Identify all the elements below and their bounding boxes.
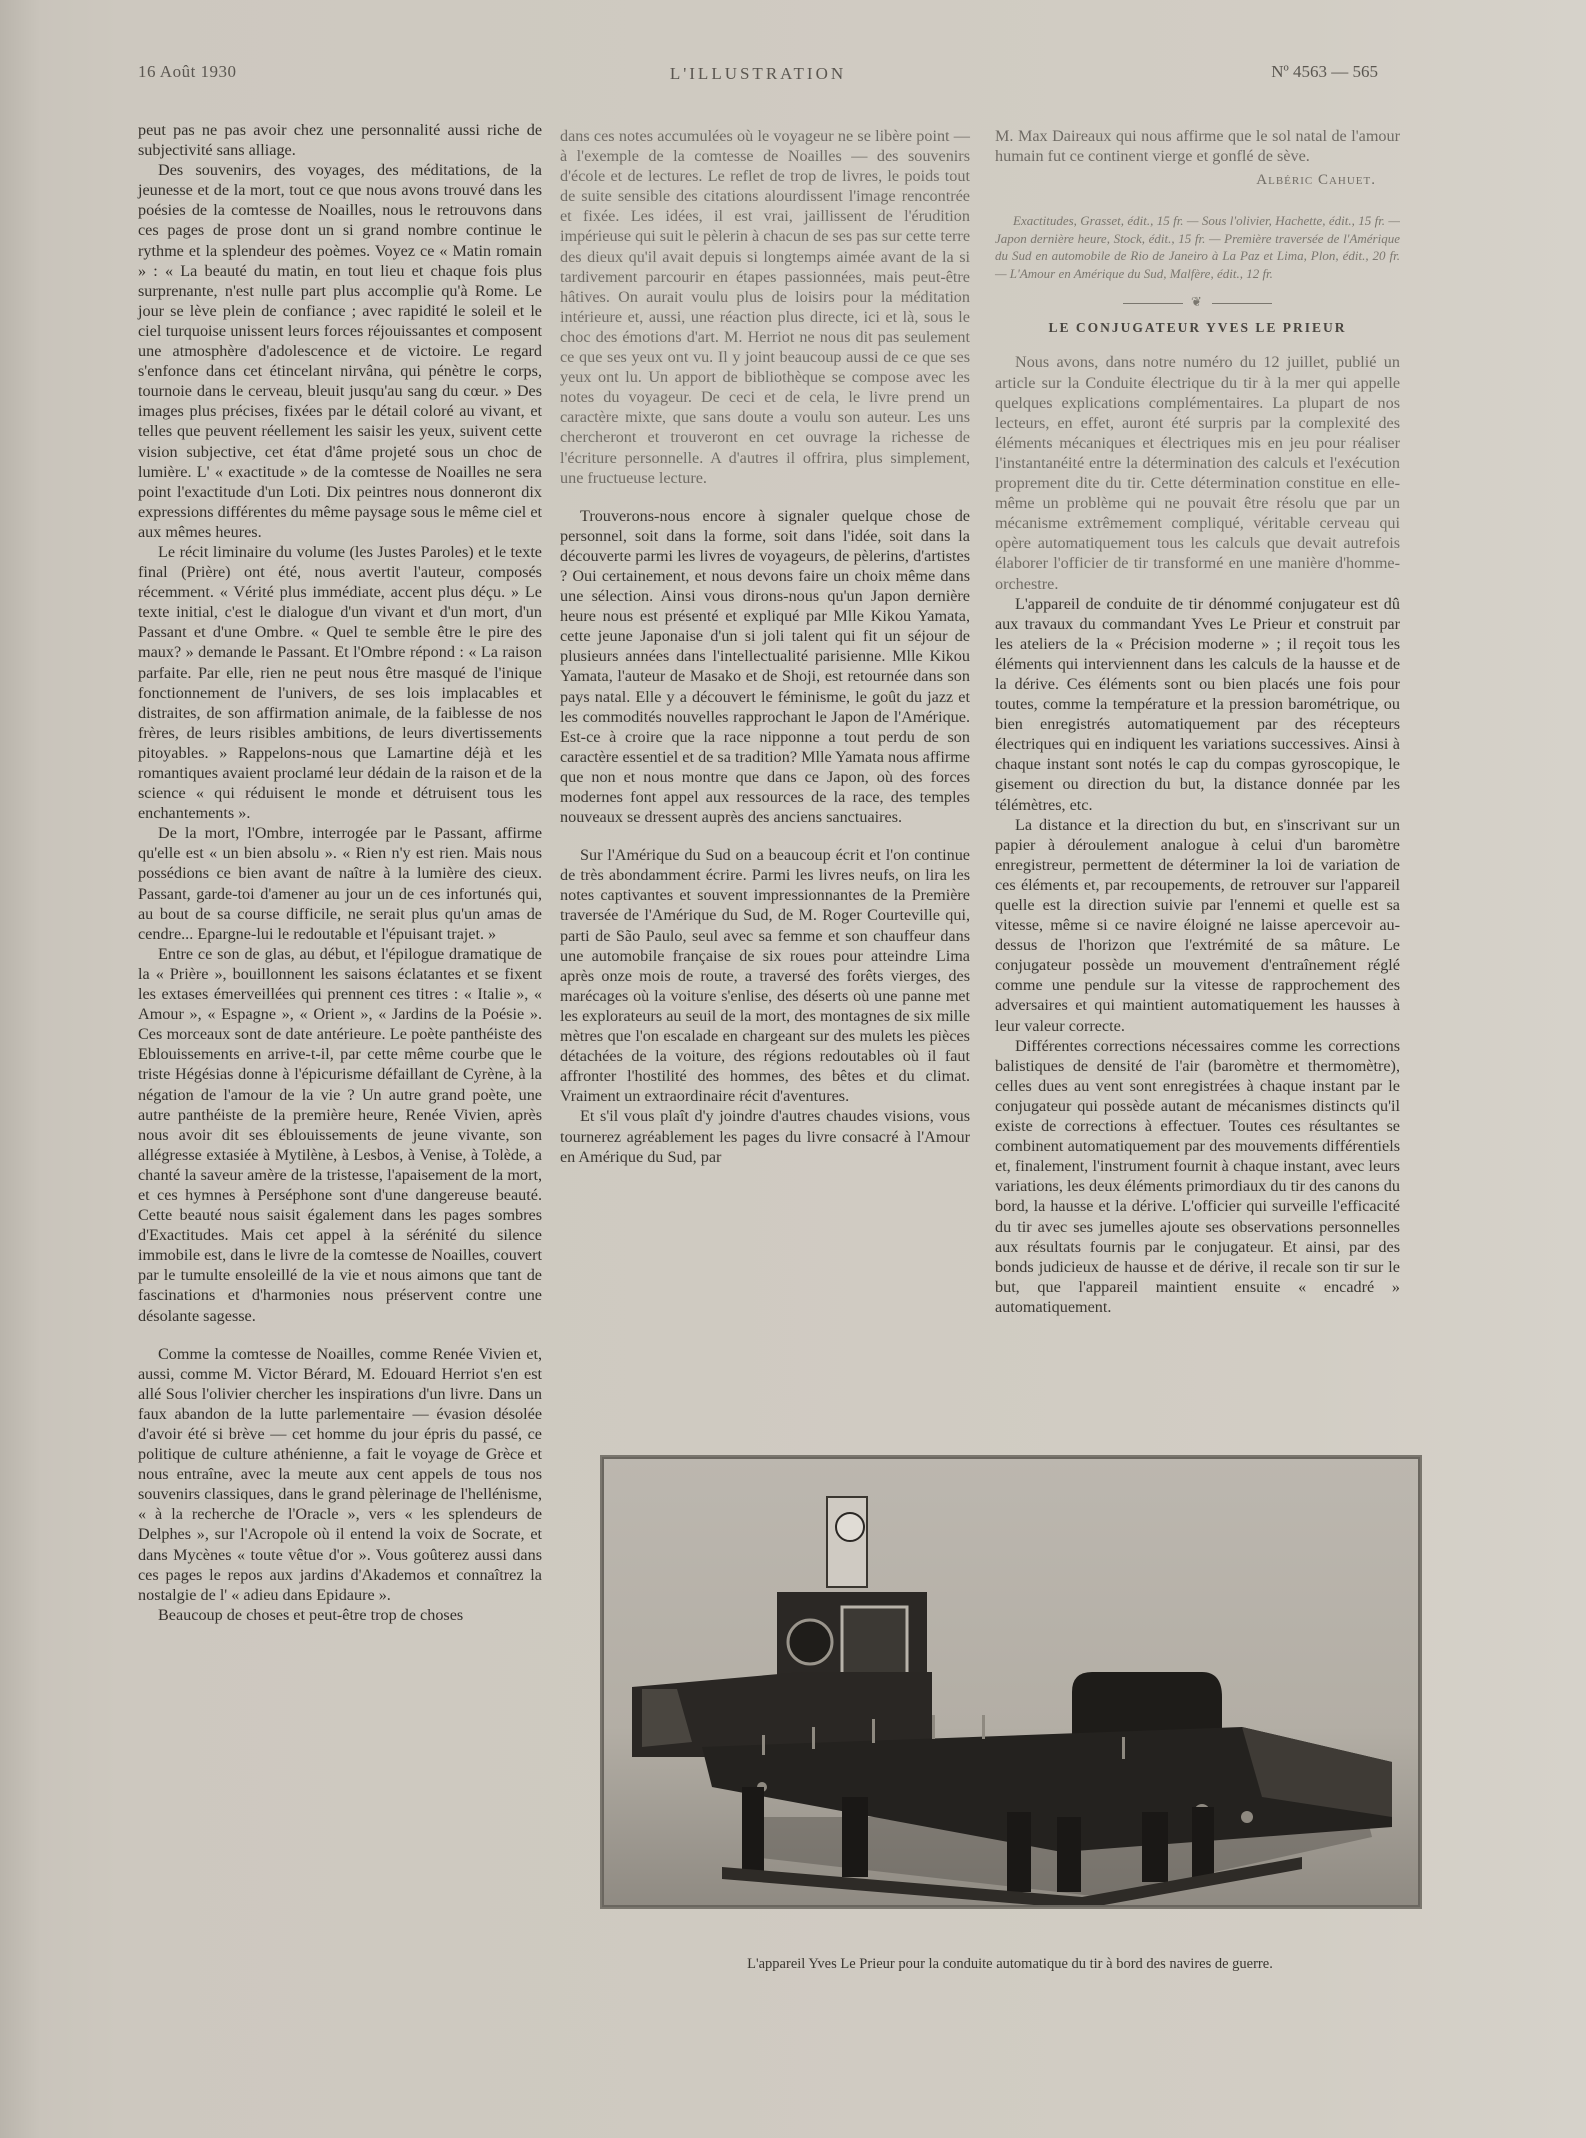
paragraph: Des souvenirs, des voyages, des méditati… — [138, 160, 542, 542]
publication-title: L'ILLUSTRATION — [138, 64, 1378, 84]
conjugator-machine-illustration — [602, 1457, 1420, 1907]
divider-rule — [1212, 303, 1272, 304]
divider-rule — [1123, 303, 1183, 304]
running-head: 16 Août 1930 L'ILLUSTRATION Nº 4563 — 56… — [138, 62, 1378, 92]
paragraph: dans ces notes accumulées où le voyageur… — [560, 126, 970, 488]
text-column-3: M. Max Daireaux qui nous affirme que le … — [995, 126, 1400, 1317]
section-title: LE CONJUGATEUR YVES LE PRIEUR — [995, 318, 1400, 338]
paragraph: peut pas ne pas avoir chez une personnal… — [138, 120, 542, 160]
page-number: Nº 4563 — 565 — [1271, 62, 1378, 82]
text-column-1: peut pas ne pas avoir chez une personnal… — [138, 120, 542, 1625]
paragraph: Nous avons, dans notre numéro du 12 juil… — [995, 352, 1400, 593]
paragraph: Comme la comtesse de Noailles, comme Ren… — [138, 1344, 542, 1605]
paragraph: Le récit liminaire du volume (les Justes… — [138, 542, 542, 823]
author-signature: Albéric Cahuet. — [995, 170, 1376, 190]
paragraph: De la mort, l'Ombre, interrogée par le P… — [138, 823, 542, 944]
paragraph: Beaucoup de choses et peut-être trop de … — [138, 1605, 542, 1625]
paragraph: Trouverons-nous encore à signaler quelqu… — [560, 506, 970, 828]
machine-photograph — [600, 1455, 1422, 1909]
magazine-page: 16 Août 1930 L'ILLUSTRATION Nº 4563 — 56… — [0, 0, 1586, 2138]
text-column-2: dans ces notes accumulées où le voyageur… — [560, 126, 970, 1167]
paragraph: Différentes corrections nécessaires comm… — [995, 1036, 1400, 1317]
paragraph: Entre ce son de glas, au début, et l'épi… — [138, 944, 542, 1326]
paragraph: La distance et la direction du but, en s… — [995, 815, 1400, 1036]
paragraph: M. Max Daireaux qui nous affirme que le … — [995, 126, 1400, 166]
book-references-footnote: Exactitudes, Grasset, édit., 15 fr. — So… — [995, 212, 1400, 282]
paragraph: L'appareil de conduite de tir dénommé co… — [995, 594, 1400, 815]
paragraph: Sur l'Amérique du Sud on a beaucoup écri… — [560, 845, 970, 1106]
fleuron-icon: ❦ — [1191, 294, 1204, 309]
section-divider: ❦ — [995, 292, 1400, 312]
paragraph: Et s'il vous plaît d'y joindre d'autres … — [560, 1106, 970, 1166]
figure-caption: L'appareil Yves Le Prieur pour la condui… — [640, 1956, 1380, 1973]
